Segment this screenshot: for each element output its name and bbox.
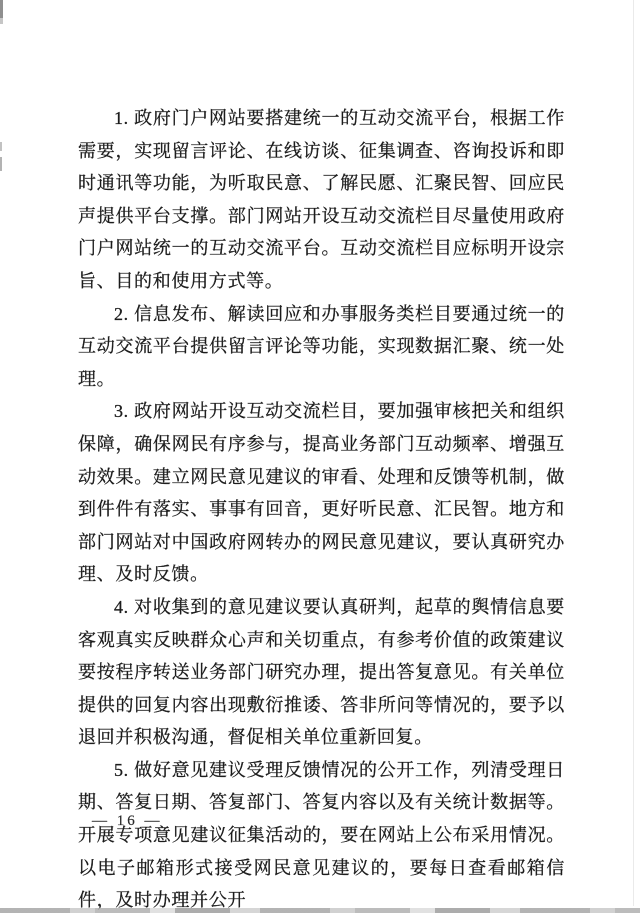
paragraph-2: 2. 信息发布、解读回应和办事服务类栏目要通过统一的互动交流平台提供留言评论等功…: [78, 298, 565, 396]
paragraph-1: 1. 政府门户网站要搭建统一的互动交流平台，根据工作需要，实现留言评论、在线访谈…: [78, 102, 565, 298]
paragraph-5: 5. 做好意见建议受理反馈情况的公开工作，列清受理日期、答复日期、答复部门、答复…: [78, 754, 565, 913]
scan-artifact-left-edge-1: [0, 142, 2, 151]
paragraph-3: 3. 政府网站开设互动交流栏目，要加强审核把关和组织保障，确保网民有序参与，提高…: [78, 395, 565, 591]
scan-artifact-top-left: [0, 0, 3, 18]
scan-artifact-left-edge-2: [0, 157, 2, 171]
scan-artifact-top-left-fade: [0, 18, 3, 24]
scanned-document-page: { "doc": { "paragraphs": [ { "text": "1.…: [0, 0, 640, 913]
page-number: — 16 —: [92, 813, 163, 830]
paragraph-4: 4. 对收集到的意见建议要认真研判，起草的舆情信息要客观真实反映群众心声和关切重…: [78, 591, 565, 754]
scan-artifact-right-edge: [633, 0, 634, 906]
document-text-block: 1. 政府门户网站要搭建统一的互动交流平台，根据工作需要，实现留言评论、在线访谈…: [78, 102, 565, 913]
